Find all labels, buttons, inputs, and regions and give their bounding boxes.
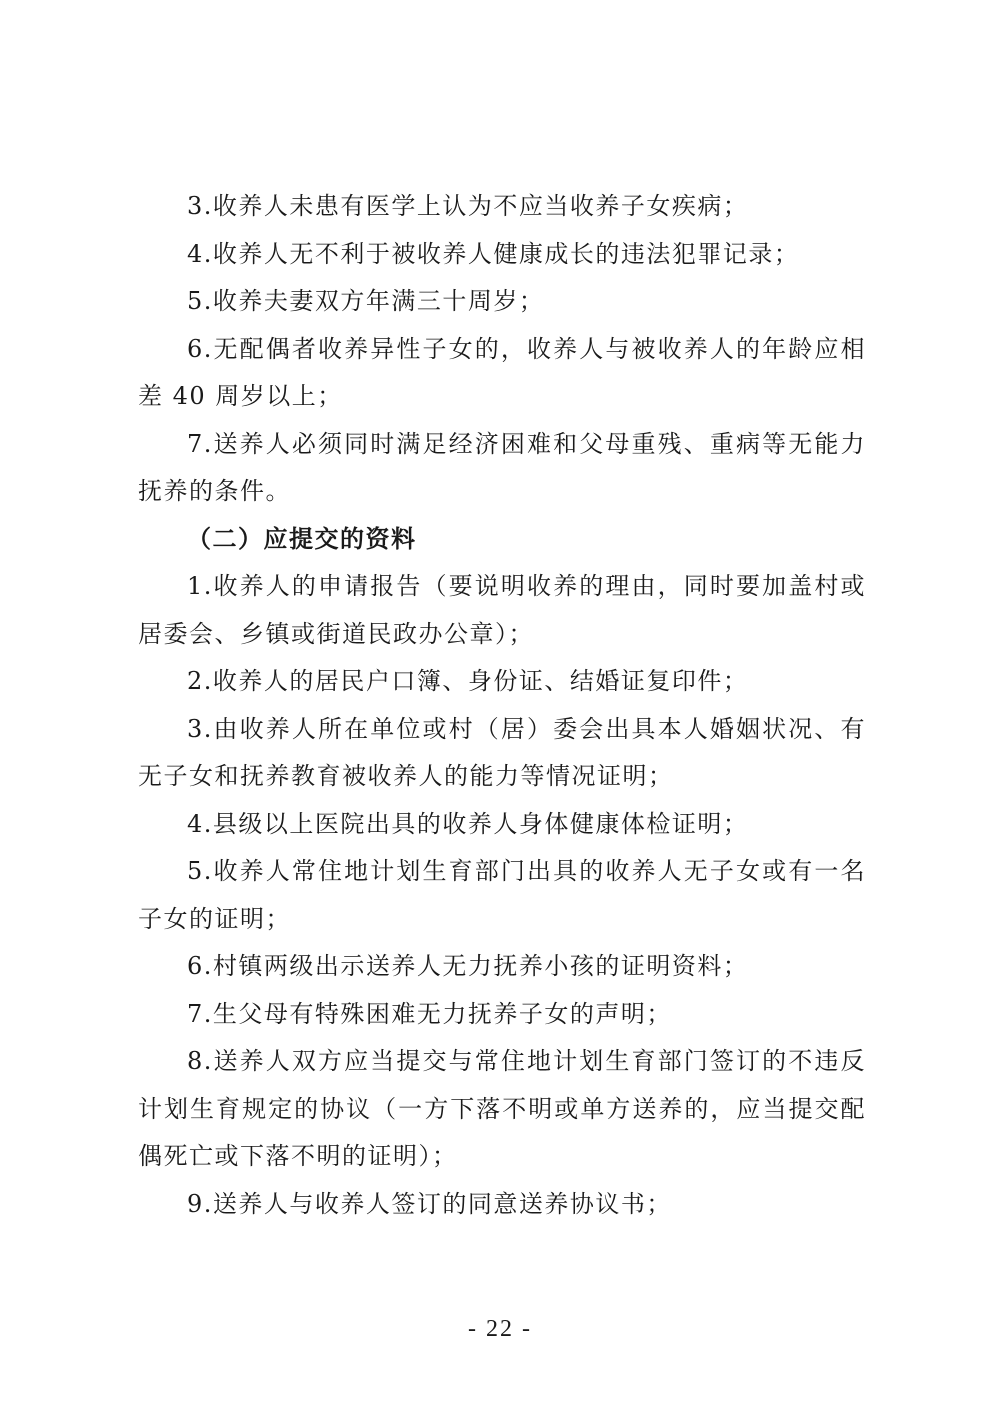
material-item-5: 5.收养人常住地计划生育部门出具的收养人无子女或有一名子女的证明；: [138, 848, 866, 943]
material-item-4: 4.县级以上医院出具的收养人身体健康体检证明；: [138, 801, 866, 849]
material-item-7: 7.生父母有特殊困难无力抚养子女的声明；: [138, 991, 866, 1039]
requirement-item-3: 3.收养人未患有医学上认为不应当收养子女疾病；: [138, 183, 866, 231]
material-item-2: 2.收养人的居民户口簿、身份证、结婚证复印件；: [138, 658, 866, 706]
page-number: - 22 -: [0, 1316, 1000, 1343]
material-item-6: 6.村镇两级出示送养人无力抚养小孩的证明资料；: [138, 943, 866, 991]
material-item-1: 1.收养人的申请报告（要说明收养的理由，同时要加盖村或居委会、乡镇或街道民政办公…: [138, 563, 866, 658]
requirement-item-4: 4.收养人无不利于被收养人健康成长的违法犯罪记录；: [138, 231, 866, 279]
material-item-9: 9.送养人与收养人签订的同意送养协议书；: [138, 1181, 866, 1229]
section-heading-materials: （二）应提交的资料: [138, 516, 866, 564]
requirement-item-7: 7.送养人必须同时满足经济困难和父母重残、重病等无能力抚养的条件。: [138, 421, 866, 516]
document-page: 3.收养人未患有医学上认为不应当收养子女疾病； 4.收养人无不利于被收养人健康成…: [138, 183, 866, 1228]
requirement-item-6: 6.无配偶者收养异性子女的，收养人与被收养人的年龄应相差 40 周岁以上；: [138, 326, 866, 421]
material-item-3: 3.由收养人所在单位或村（居）委会出具本人婚姻状况、有无子女和抚养教育被收养人的…: [138, 706, 866, 801]
requirement-item-5: 5.收养夫妻双方年满三十周岁；: [138, 278, 866, 326]
material-item-8: 8.送养人双方应当提交与常住地计划生育部门签订的不违反计划生育规定的协议（一方下…: [138, 1038, 866, 1181]
